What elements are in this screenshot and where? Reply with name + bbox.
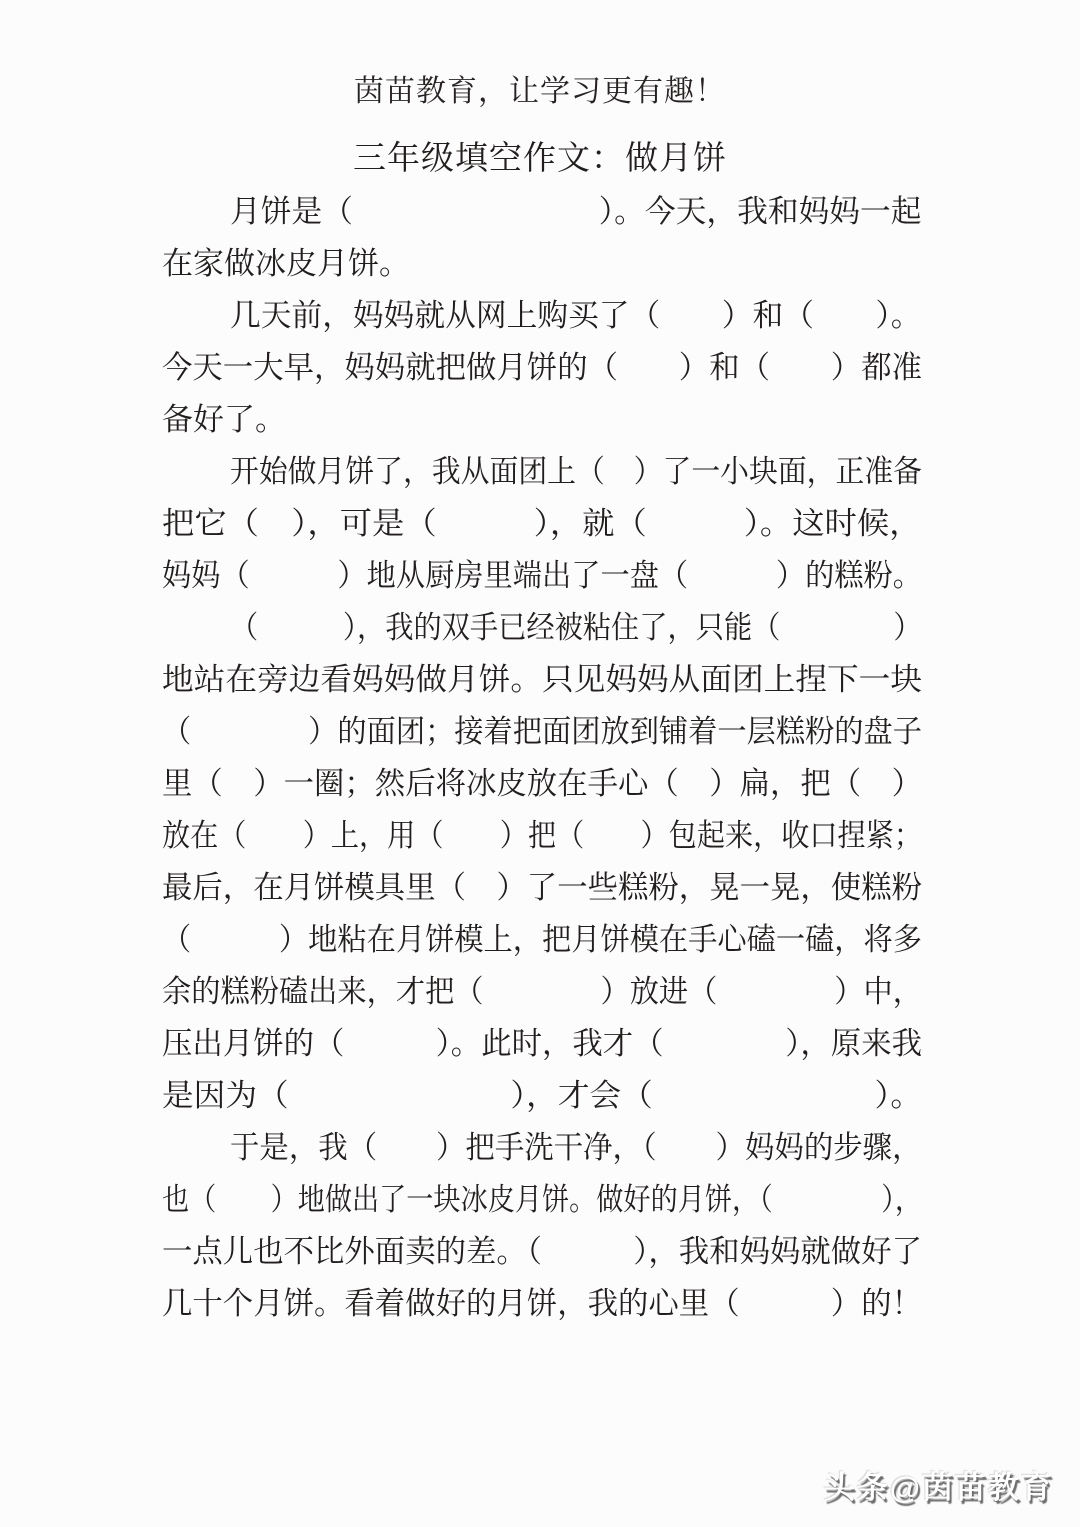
essay-line: （ ）的面团；接着把面团放到铺着一层糕粉的盘子 [162, 706, 922, 758]
essay-line-text: 放在（ ）上，用（ ）把（ ）包起来，收口捏紧； [162, 810, 922, 862]
essay-line: 也（ ）地做出了一块冰皮月饼。做好的月饼，（ ）， [162, 1174, 922, 1226]
page-title: 三年级填空作文：做月饼 [0, 136, 1080, 182]
essay-line-text: 几天前，妈妈就从网上购买了（ ）和（ ）。 [230, 290, 922, 342]
essay-line-text: 压出月饼的（ ）。此时，我才（ ），原来我 [162, 1018, 922, 1070]
essay-line-text: 把它（ ），可是（ ），就（ ）。这时候， [162, 498, 921, 550]
essay-line-text: 是因为（ ），才会（ ）。 [162, 1070, 922, 1122]
essay-line: 于是，我（ ）把手洗干净，（ ）妈妈的步骤， [162, 1122, 922, 1174]
essay-line: 把它（ ），可是（ ），就（ ）。这时候， [162, 498, 922, 550]
essay-line-text: 于是，我（ ）把手洗干净，（ ）妈妈的步骤， [230, 1122, 922, 1174]
essay-line-text: （ ），我的双手已经被粘住了，只能（ ） [230, 602, 922, 654]
brand-slogan: 茵苗教育，让学习更有趣！ [0, 70, 1080, 114]
essay-line: 最后，在月饼模具里（ ）了一些糕粉，晃一晃，使糕粉 [162, 862, 922, 914]
essay-line: 在家做冰皮月饼。 [162, 238, 922, 290]
essay-line-text: 地站在旁边看妈妈做月饼。只见妈妈从面团上捏下一块 [162, 654, 922, 706]
essay-line-text: 开始做月饼了，我从面团上（ ）了一小块面，正准备 [230, 446, 922, 498]
essay-line-text: 备好了。 [162, 394, 286, 446]
essay-line: 今天一大早，妈妈就把做月饼的（ ）和（ ）都准 [162, 342, 922, 394]
essay-body: 月饼是（ ）。今天，我和妈妈一起在家做冰皮月饼。几天前，妈妈就从网上购买了（ ）… [162, 186, 922, 1330]
essay-line: （ ）地粘在月饼模上，把月饼模在手心磕一磕，将多 [162, 914, 922, 966]
essay-line: 压出月饼的（ ）。此时，我才（ ），原来我 [162, 1018, 922, 1070]
essay-line: （ ），我的双手已经被粘住了，只能（ ） [162, 602, 922, 654]
essay-line: 是因为（ ），才会（ ）。 [162, 1070, 922, 1122]
essay-line-text: 一点儿也不比外面卖的差。（ ），我和妈妈就做好了 [162, 1226, 922, 1278]
essay-line: 几天前，妈妈就从网上购买了（ ）和（ ）。 [162, 290, 922, 342]
essay-line: 放在（ ）上，用（ ）把（ ）包起来，收口捏紧； [162, 810, 922, 862]
essay-line-text: （ ）地粘在月饼模上，把月饼模在手心磕一磕，将多 [162, 914, 922, 966]
essay-line: 几十个月饼。看着做好的月饼，我的心里（ ）的！ [162, 1278, 922, 1330]
essay-line-text: 在家做冰皮月饼。 [162, 238, 410, 290]
essay-line: 妈妈（ ）地从厨房里端出了一盘（ ）的糕粉。 [162, 550, 922, 602]
essay-line: 一点儿也不比外面卖的差。（ ），我和妈妈就做好了 [162, 1226, 922, 1278]
essay-line-text: 余的糕粉磕出来，才把（ ）放进（ ）中， [162, 966, 922, 1018]
essay-line: 备好了。 [162, 394, 922, 446]
essay-line-text: 妈妈（ ）地从厨房里端出了一盘（ ）的糕粉。 [162, 550, 922, 602]
essay-line-text: 也（ ）地做出了一块冰皮月饼。做好的月饼，（ ）， [162, 1174, 922, 1226]
worksheet-page: 茵苗教育，让学习更有趣！ 三年级填空作文：做月饼 月饼是（ ）。今天，我和妈妈一… [0, 0, 1080, 1527]
essay-line: 余的糕粉磕出来，才把（ ）放进（ ）中， [162, 966, 922, 1018]
essay-line-text: 里（ ）一圈；然后将冰皮放在手心（ ）扁，把（ ） [162, 758, 922, 810]
essay-line-text: （ ）的面团；接着把面团放到铺着一层糕粉的盘子 [162, 706, 922, 758]
essay-line-text: 几十个月饼。看着做好的月饼，我的心里（ ）的！ [162, 1278, 922, 1330]
essay-line-text: 最后，在月饼模具里（ ）了一些糕粉，晃一晃，使糕粉 [162, 862, 922, 914]
essay-line: 月饼是（ ）。今天，我和妈妈一起 [162, 186, 922, 238]
essay-line: 开始做月饼了，我从面团上（ ）了一小块面，正准备 [162, 446, 922, 498]
essay-line-text: 月饼是（ ）。今天，我和妈妈一起 [230, 186, 922, 238]
essay-line: 地站在旁边看妈妈做月饼。只见妈妈从面团上捏下一块 [162, 654, 922, 706]
watermark: 头条@茵苗教育 [824, 1462, 1054, 1507]
essay-line: 里（ ）一圈；然后将冰皮放在手心（ ）扁，把（ ） [162, 758, 922, 810]
essay-line-text: 今天一大早，妈妈就把做月饼的（ ）和（ ）都准 [162, 342, 922, 394]
